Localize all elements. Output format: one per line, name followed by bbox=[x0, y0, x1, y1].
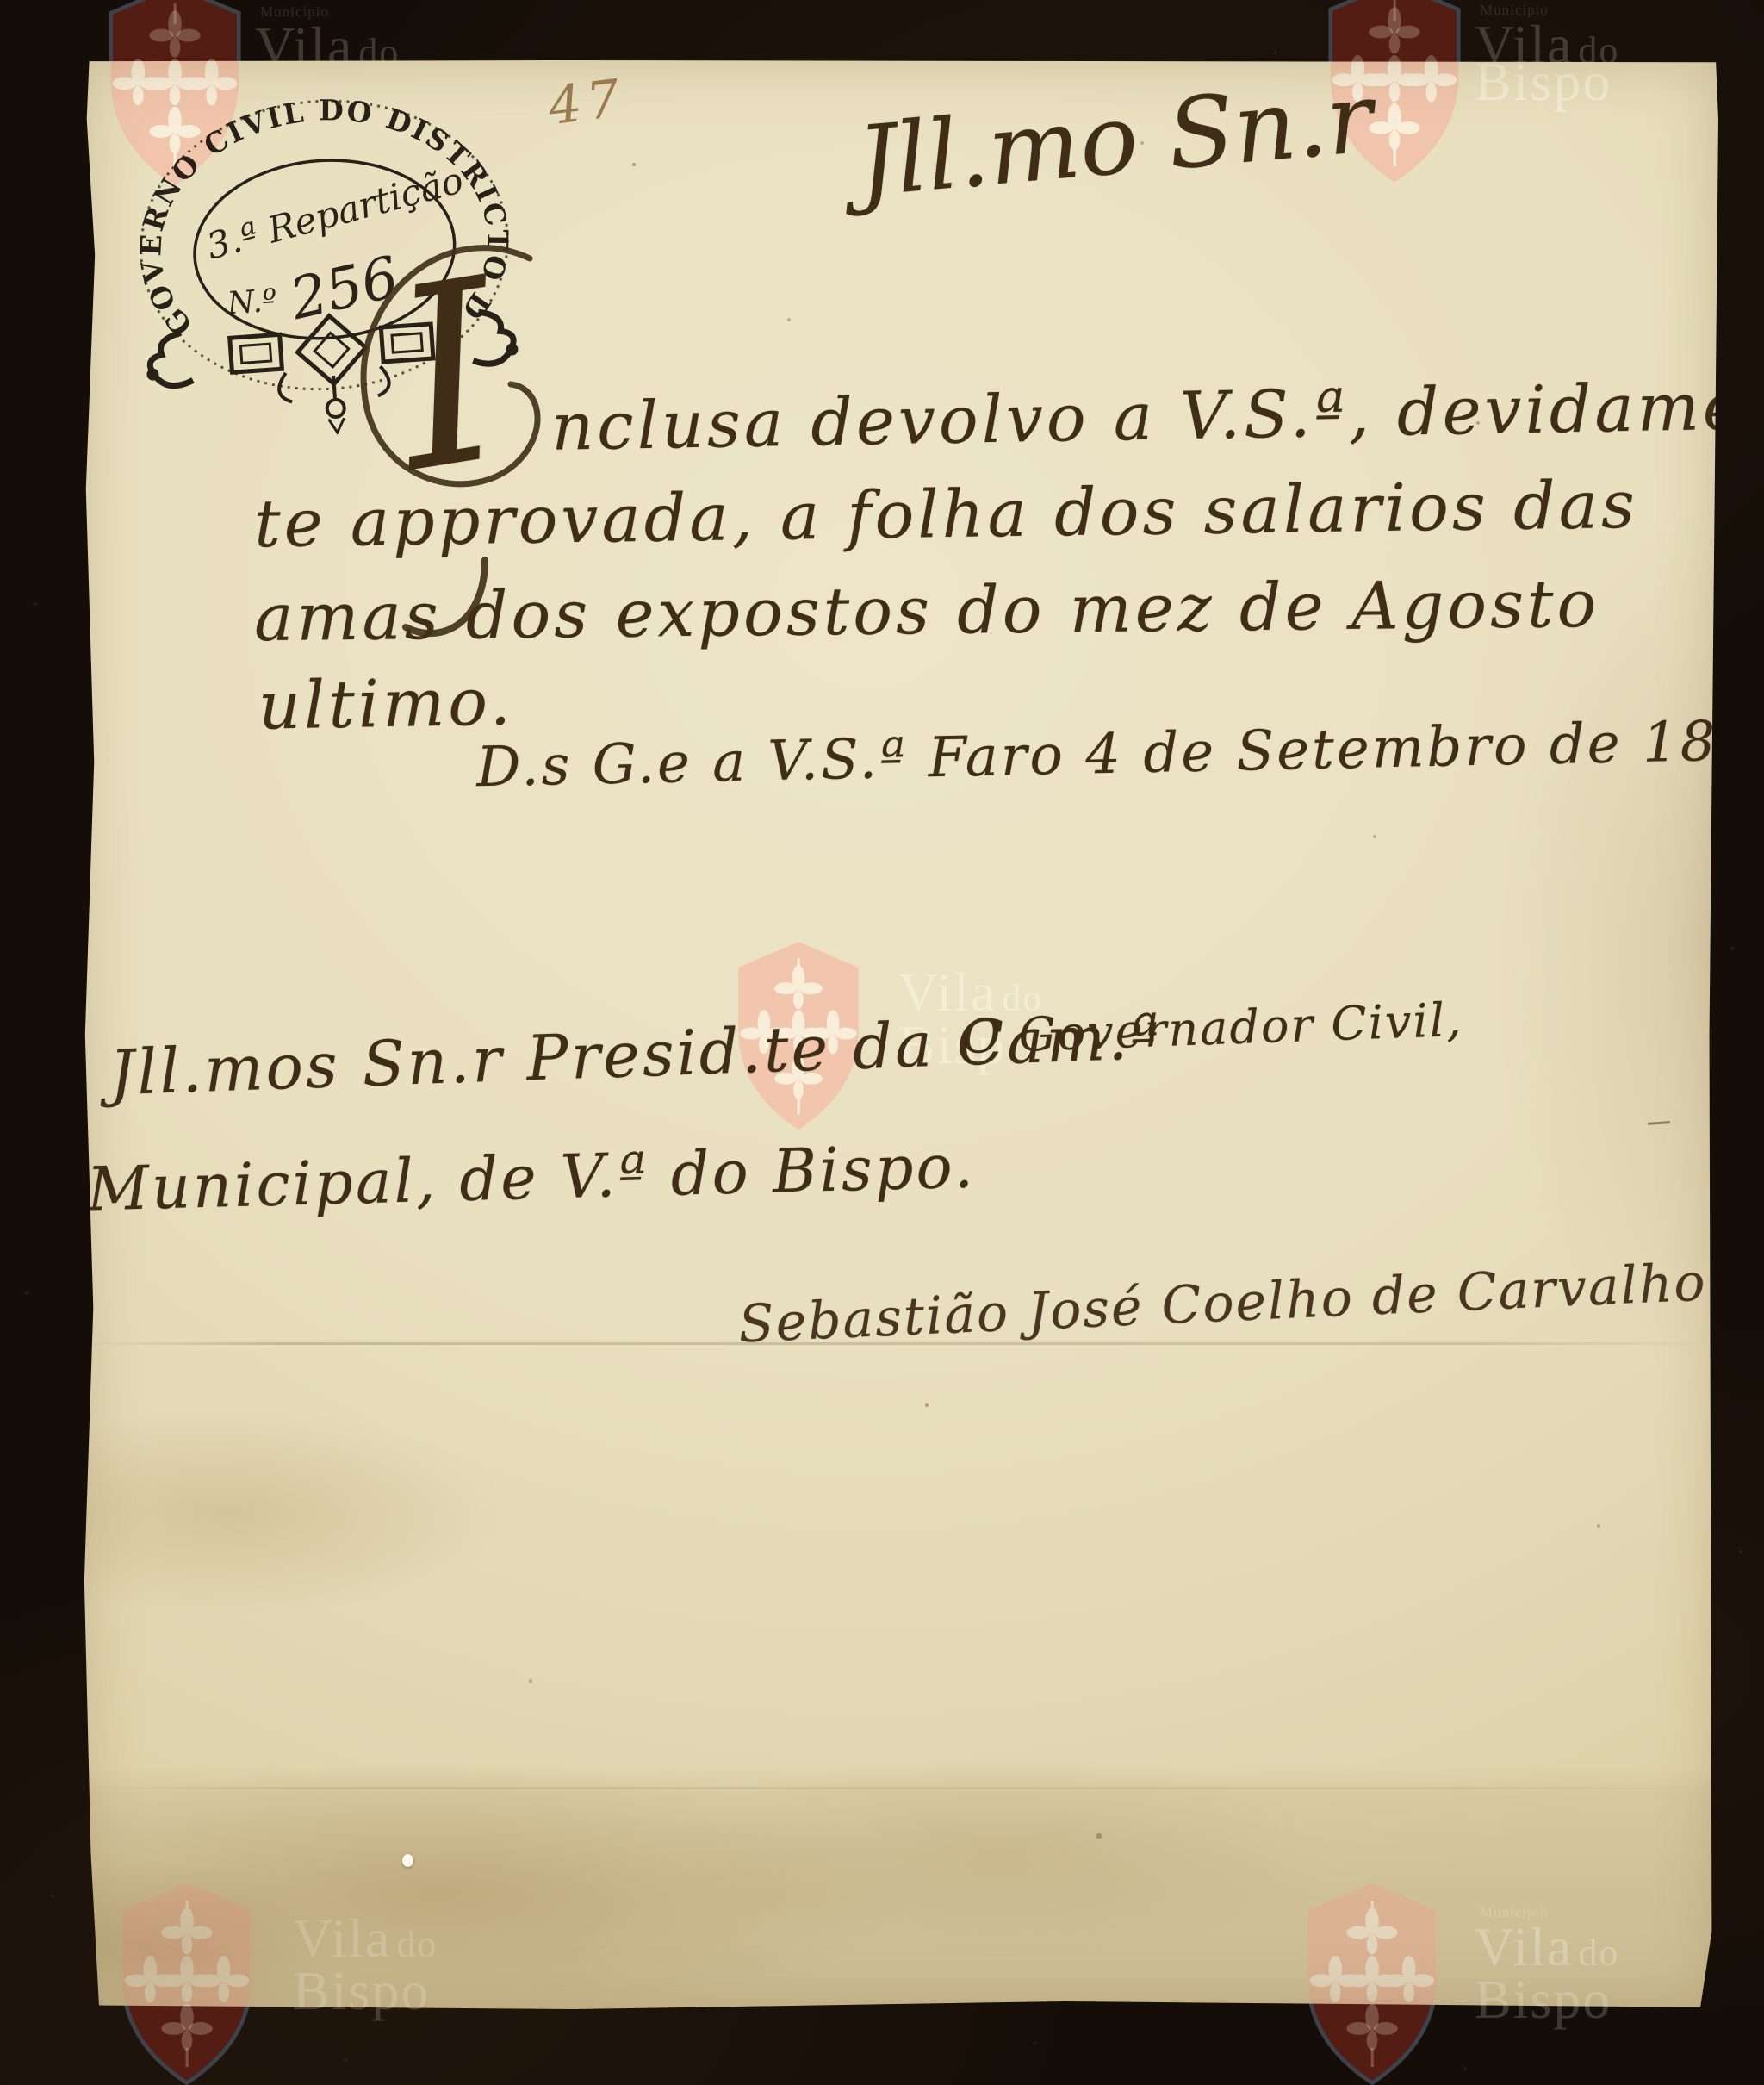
stamp-number-label: N.º bbox=[226, 283, 278, 321]
body-line-3: amas dos expostos do mez de Agosto bbox=[254, 565, 1600, 656]
body-line-4: ultimo. bbox=[258, 663, 514, 744]
watermark-shield-icon bbox=[1292, 1878, 1452, 2009]
signature: Sebastião José Coelho de Carvalho bbox=[737, 1252, 1708, 1354]
paper-specks bbox=[82, 60, 84, 62]
watermark-label: Município Vila do Bispo bbox=[1475, 1906, 1619, 2009]
paper-hole bbox=[402, 1854, 413, 1867]
salutation: Jll.mo Sn.r bbox=[853, 62, 1376, 219]
watermark-label: Vila do Bispo bbox=[293, 1913, 438, 2009]
archival-scan: Município Vila do Bispo Município Vila d… bbox=[0, 0, 1764, 2085]
crease-line bbox=[82, 1787, 1718, 1789]
watermark-label: Vila do Bispo bbox=[1475, 60, 1619, 109]
dateline: D.s G.e a V.S.ª Faro 4 de Setembro de 18… bbox=[475, 708, 1718, 800]
body-line-1: nclusa devolvo a V.S.ª, devidamen- bbox=[550, 366, 1718, 465]
background-speckles bbox=[0, 0, 2, 2]
margin-dash-mark bbox=[1648, 1121, 1670, 1125]
letter-page: Vila do Bispo Vila do Bispo Vila do Bisp… bbox=[82, 60, 1718, 2009]
addressee-line-2: Municipal, de V.ª do Bispo. bbox=[86, 1131, 977, 1225]
watermark-shield-icon bbox=[107, 1878, 267, 2009]
archival-folio-number: 47 bbox=[545, 68, 628, 137]
